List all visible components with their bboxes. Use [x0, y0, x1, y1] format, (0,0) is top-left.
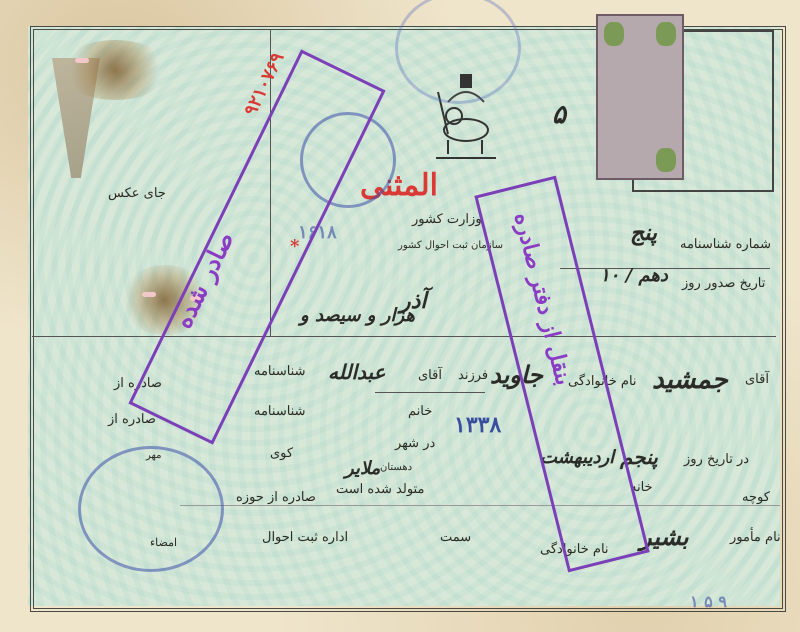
issue-date-label: تاریخ صدور روز [682, 276, 765, 291]
city-name: ملایر [345, 458, 380, 479]
registration-seal [78, 446, 224, 572]
birth-year: ۱۳۳۸ [454, 412, 501, 438]
position-label: سمت [440, 530, 471, 545]
mother-issued-label: صادره از [108, 412, 156, 427]
city-label: در شهر [395, 436, 435, 451]
birth-date-label: در تاریخ روز [684, 452, 749, 467]
father-id-label: شناسنامه [254, 364, 306, 379]
field-divider [180, 505, 780, 506]
father-title: آقای [418, 368, 442, 383]
office-label: اداره ثبت احوال [262, 530, 348, 545]
revenue-stamp [596, 14, 684, 180]
stamp-leaf-icon [656, 22, 676, 46]
top-number: ۵ [552, 100, 566, 130]
corner-code: ۹ ۵ ۱ [690, 592, 727, 611]
born-label: متولد شده است [336, 482, 424, 497]
father-underline [375, 392, 485, 393]
registrar-label: نام مأمور [730, 530, 781, 545]
section-divider [32, 336, 776, 337]
photo-label: جای عکس [108, 186, 166, 201]
burn-hole [142, 292, 156, 297]
mother-id-label: شناسنامه [254, 404, 306, 419]
mother-label: خانم [408, 404, 432, 419]
issued-zone-label: صادره از حوزه [236, 490, 316, 505]
id-number-value: پنج [630, 220, 657, 246]
ministry-name: وزارت کشور [412, 212, 482, 227]
child-of-label: فرزند [458, 368, 488, 383]
issue-year-text: هزار و سیصد و [300, 305, 415, 326]
father-name: عبدالله [328, 360, 385, 384]
burn-stain [60, 40, 170, 100]
stamp-leaf-icon [604, 22, 624, 46]
street-label: کوچه [742, 490, 770, 505]
first-name: جمشید [652, 365, 728, 395]
village-label: دهستان [380, 462, 412, 473]
burn-hole [75, 58, 89, 63]
area-label: کوی [270, 446, 293, 461]
stamp-leaf-icon [656, 148, 676, 172]
issue-date-value: دهم / ۱۰ [600, 265, 668, 286]
title-label: آقای [745, 372, 769, 387]
id-number-label: شماره شناسنامه [680, 237, 771, 252]
